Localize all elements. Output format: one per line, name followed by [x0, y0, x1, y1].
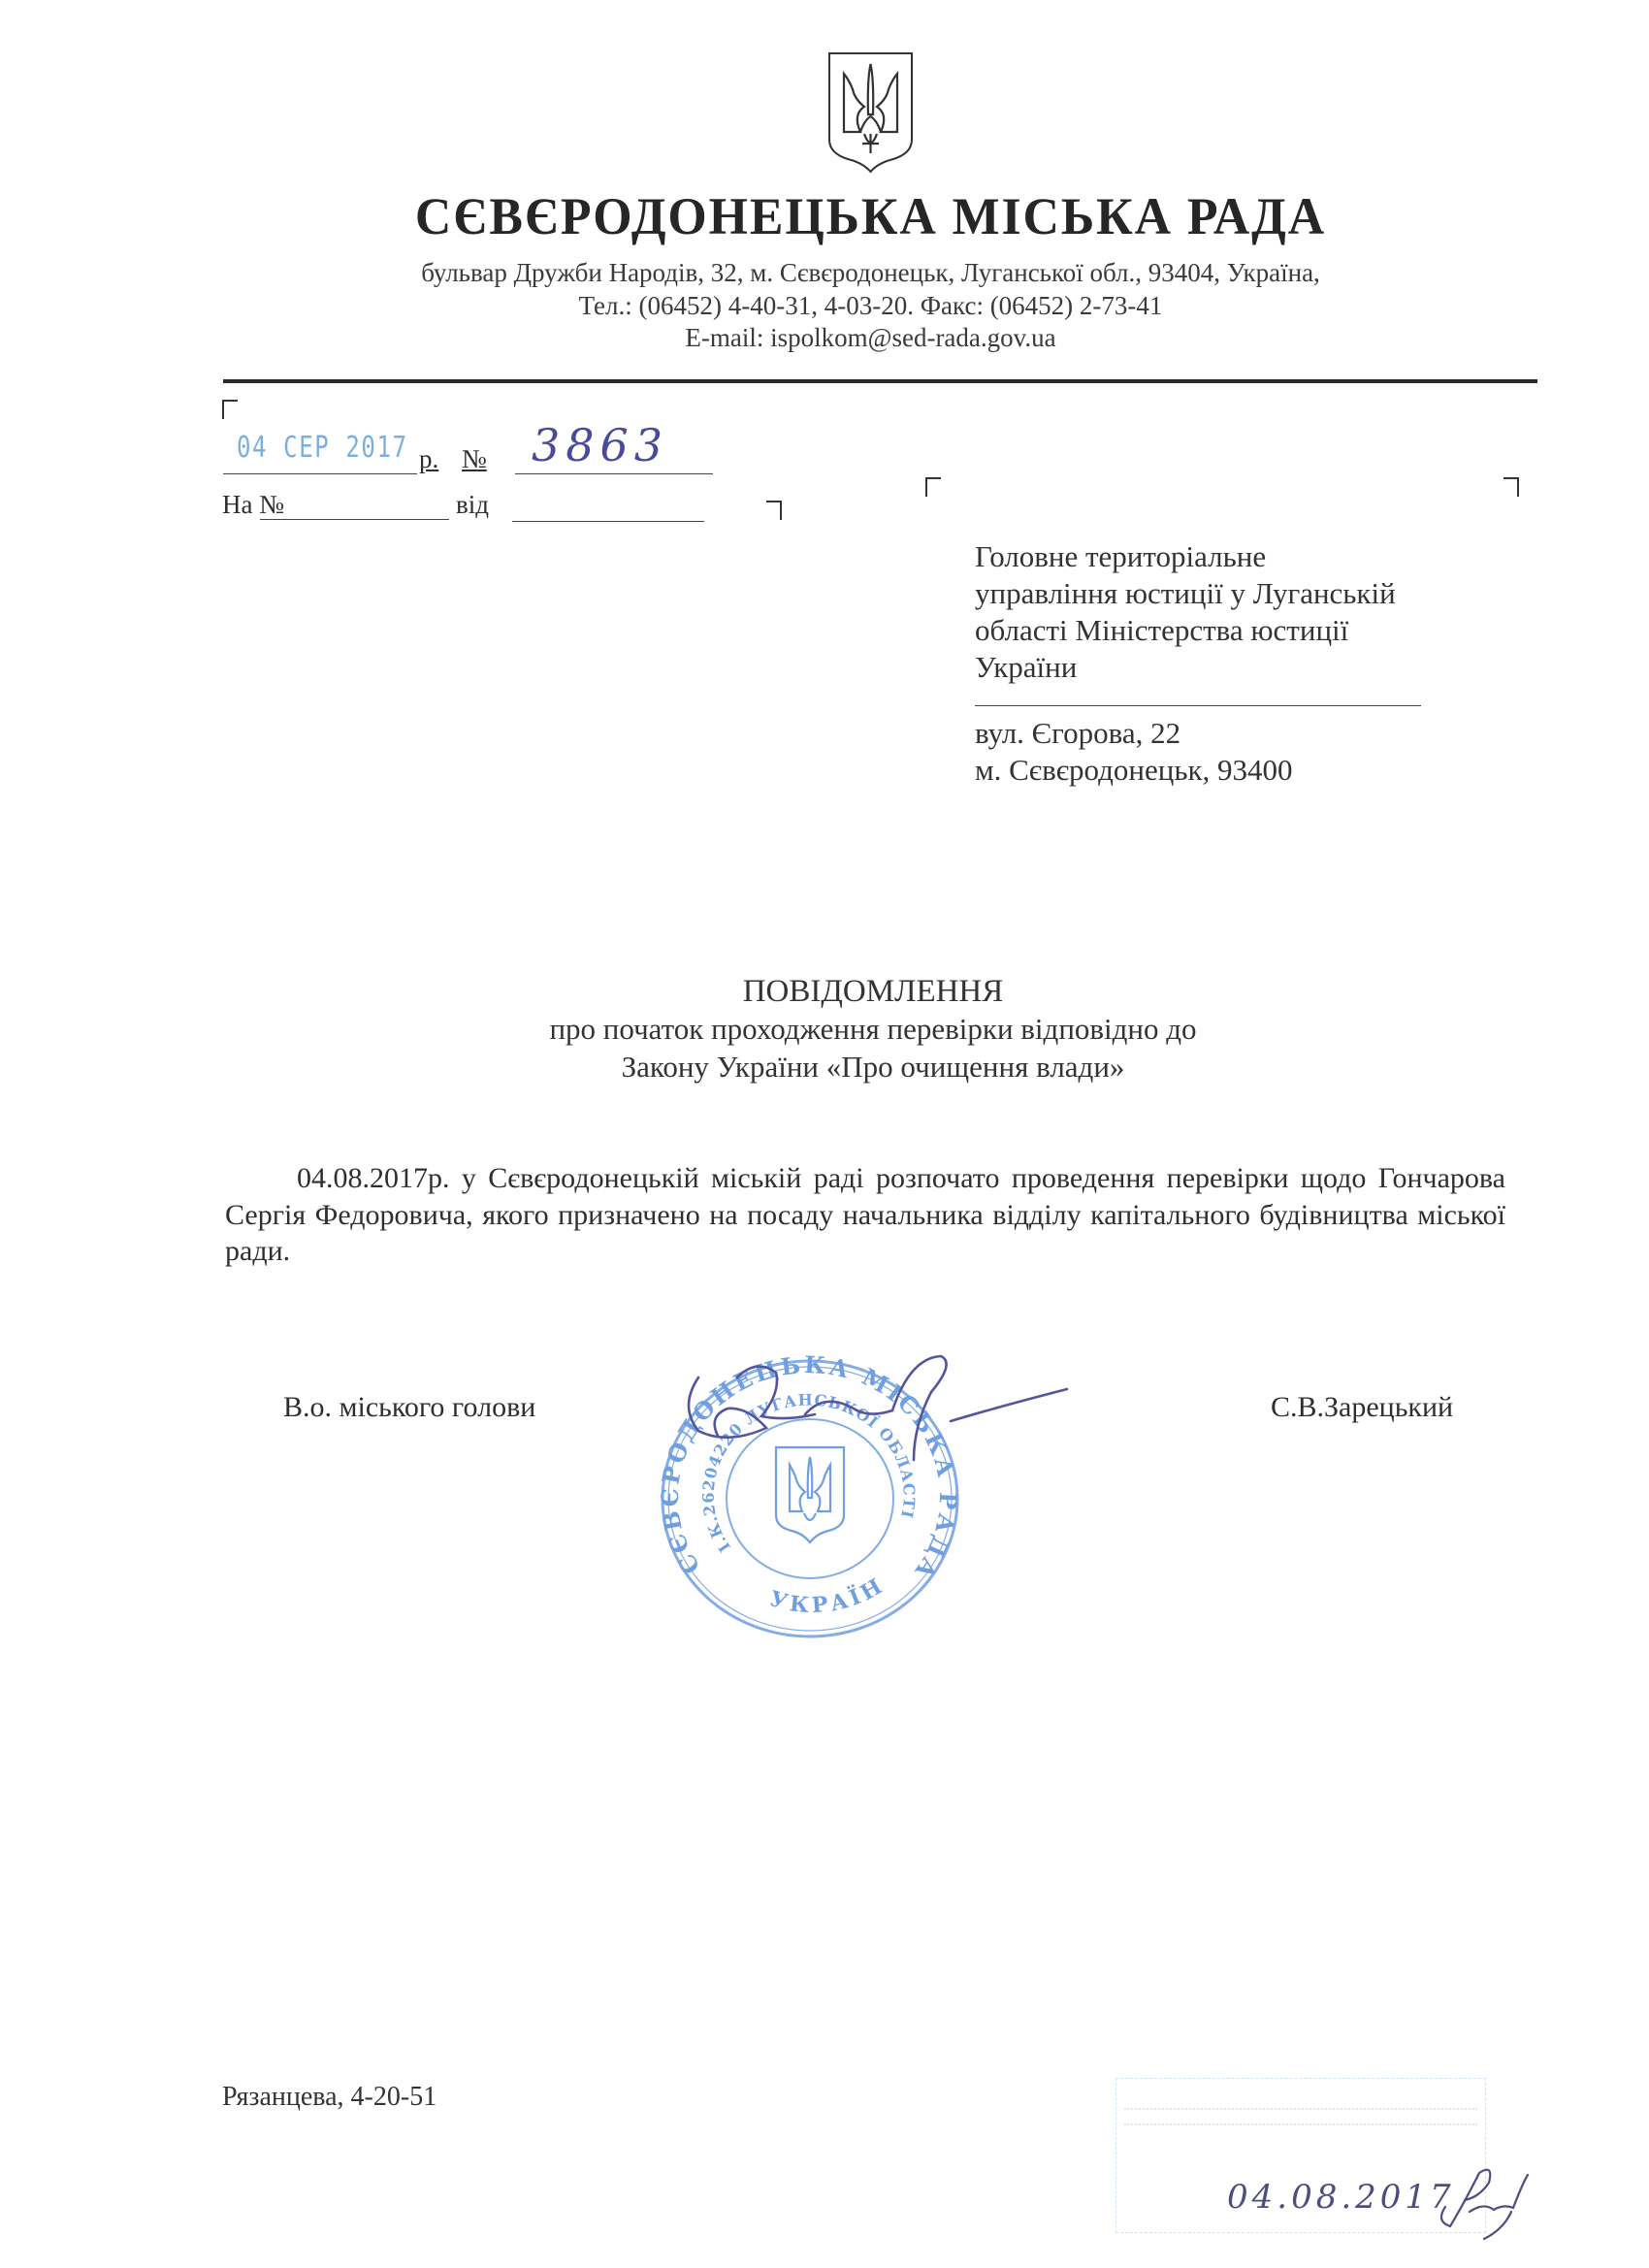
- executor-contact: Рязанцева, 4-20-51: [222, 2082, 436, 2113]
- notice-subtitle: про початок проходження перевірки відпов…: [291, 1012, 1455, 1047]
- signatory-position: В.о. міського голови: [283, 1391, 535, 1424]
- addressee-line: області Міністерства юстиції: [975, 613, 1348, 648]
- notice-title: ПОВІДОМЛЕННЯ: [291, 974, 1455, 1010]
- addressee-line: Головне територіальне: [975, 539, 1266, 574]
- handwritten-signature: [660, 1339, 1086, 1494]
- coat-of-arms-icon: [825, 50, 916, 175]
- addressee-city: м. Сєвєродонецьк, 93400: [975, 753, 1293, 788]
- organization-title: СЄВЄРОДОНЕЦЬКА МІСЬКА РАДА: [314, 186, 1427, 246]
- addressee-corner-right: [1503, 477, 1519, 497]
- addressee-divider: [975, 705, 1421, 706]
- date-stamp: 04 СЕР 2017: [237, 431, 408, 465]
- number-sign: №: [462, 444, 487, 474]
- reply-to-label: На №: [222, 490, 284, 520]
- addressee-line: управління юстиції у Луганській: [975, 576, 1396, 611]
- addressee-corner-left: [925, 477, 941, 497]
- organization-address: бульвар Дружби Народів, 32, м. Сєвєродон…: [291, 258, 1450, 288]
- organization-email: E-mail: ispolkom@sed-rada.gov.ua: [291, 323, 1450, 353]
- receipt-handwritten-date: 04.08.2017: [1227, 2178, 1455, 2217]
- outgoing-number-handwritten: 3863: [532, 419, 668, 471]
- receipt-signature: [1426, 2154, 1533, 2241]
- reply-number-underline: [260, 519, 449, 520]
- year-suffix: р.: [419, 444, 438, 474]
- addressee-line: України: [975, 650, 1077, 685]
- date-underline: [223, 473, 417, 474]
- signatory-name: С.В.Зарецький: [1271, 1391, 1453, 1424]
- addressee-street: вул. Єгорова, 22: [975, 716, 1180, 751]
- corner-mark-right: [766, 501, 782, 520]
- reply-date-underline: [512, 521, 704, 522]
- header-divider: [223, 379, 1537, 383]
- from-label: від: [456, 490, 489, 520]
- notice-subtitle: Закону України «Про очищення влади»: [291, 1050, 1455, 1085]
- corner-mark-top-left: [222, 400, 238, 419]
- organization-phones: Тел.: (06452) 4-40-31, 4-03-20. Факс: (0…: [291, 291, 1450, 321]
- number-underline: [515, 473, 713, 474]
- body-paragraph: 04.08.2017р. у Сєвєродонецькій міській р…: [225, 1160, 1505, 1270]
